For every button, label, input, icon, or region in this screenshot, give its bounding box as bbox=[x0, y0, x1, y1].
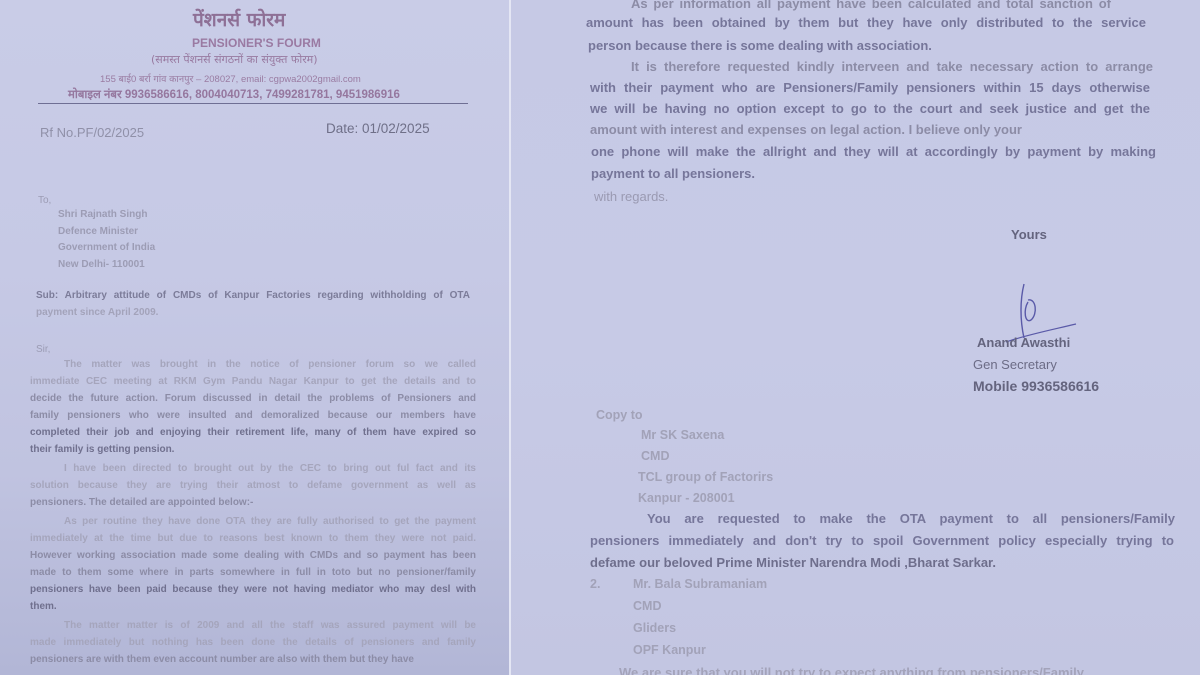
copy-recipient-1-line: Mr SK Saxena bbox=[641, 428, 724, 442]
body-line: we will be having no option except to go… bbox=[590, 101, 1150, 119]
signatory-name: Anand Awasthi bbox=[977, 335, 1070, 350]
copy-to-label: Copy to bbox=[596, 408, 643, 422]
subject-line-2: payment since April 2009. bbox=[36, 304, 470, 321]
letter-page-1: पेंशनर्स फोरम PENSIONER'S FOURM (समस्त प… bbox=[0, 0, 509, 675]
signatory-mobile: Mobile 9936586616 bbox=[973, 378, 1099, 394]
body-line: decide the future action. Forum discusse… bbox=[30, 390, 476, 407]
body-line: immediate CEC meeting at RKM Gym Pandu N… bbox=[30, 373, 476, 390]
reference-number: Rf No.PF/02/2025 bbox=[40, 125, 144, 140]
body-line: amount with interest and expenses on leg… bbox=[590, 122, 1022, 137]
copy-recipient-2-line: Mr. Bala Subramaniam bbox=[633, 577, 767, 591]
body-line: solution because they are trying their a… bbox=[30, 477, 476, 494]
closing-yours: Yours bbox=[1011, 227, 1047, 242]
subject-line: Sub: Arbitrary attitude of CMDs of Kanpu… bbox=[36, 287, 470, 321]
letterhead-mobile-numbers: मोबाइल नंबर 9936586616, 8004040713, 7499… bbox=[68, 87, 400, 102]
copy-message-line: defame our beloved Prime Minister Narend… bbox=[590, 555, 996, 570]
body-line: their family is getting pension. bbox=[30, 441, 476, 458]
letterhead-title-hindi: पेंशनर्स फोरम bbox=[193, 6, 285, 32]
recipient-address: Shri Rajnath Singh Defence Minister Gove… bbox=[58, 207, 155, 273]
copy-recipient-2-line: CMD bbox=[633, 599, 661, 613]
copy-recipient-1-line: TCL group of Factorirs bbox=[638, 470, 773, 484]
letter-date: Date: 01/02/2025 bbox=[326, 121, 430, 136]
body-line: payment to all pensioners. bbox=[591, 166, 755, 181]
to-label: To, bbox=[38, 193, 51, 210]
body-line: one phone will make the allright and the… bbox=[591, 144, 1156, 162]
body-line: The matter was brought in the notice of … bbox=[30, 356, 476, 373]
copy-recipient-2-line: OPF Kanpur bbox=[633, 643, 706, 657]
signatory-designation: Gen Secretary bbox=[973, 357, 1057, 372]
body-line: pensioners are with them even account nu… bbox=[30, 651, 476, 668]
letter-body-left: The matter was brought in the notice of … bbox=[30, 356, 476, 668]
body-line: I have been directed to brought out by t… bbox=[30, 460, 476, 477]
body-line: with regards. bbox=[594, 189, 668, 204]
body-line: made to them some where in parts somewhe… bbox=[30, 564, 476, 581]
body-line: immediately at the time but due to reaso… bbox=[30, 530, 476, 547]
letterhead-address: 155 बाई0 बर्रा गांव कानपुर – 208027, ema… bbox=[100, 72, 361, 85]
copy-recipient-1-line: CMD bbox=[641, 449, 669, 463]
body-line: The matter matter is of 2009 and all the… bbox=[30, 617, 476, 634]
recipient-city: New Delhi- 110001 bbox=[58, 257, 155, 274]
body-line: However working association made some de… bbox=[30, 547, 476, 564]
body-line: As per information all payment have been… bbox=[631, 0, 1111, 14]
copy-recipient-1-line: Kanpur - 208001 bbox=[638, 491, 735, 505]
body-line: made immediately but nothing has been do… bbox=[30, 634, 476, 651]
letter-page-2: Yours Anand Awasthi Gen Secretary Mobile… bbox=[511, 0, 1200, 675]
body-line: It is therefore requested kindly interve… bbox=[631, 59, 1153, 77]
body-line: pensioners have been paid because they w… bbox=[30, 581, 476, 598]
letterhead-subtitle: (समस्त पेंशनर्स संगठनों का संयुक्त फोरम) bbox=[151, 52, 318, 67]
recipient-designation: Defence Minister bbox=[58, 224, 155, 241]
body-line: As per routine they have done OTA they a… bbox=[30, 513, 476, 530]
body-line: amount has been obtained by them but the… bbox=[586, 15, 1146, 33]
copy-recipient-2-message: We are sure that you will not try to exp… bbox=[619, 665, 1084, 675]
body-line: them. bbox=[30, 598, 476, 615]
recipient-name: Shri Rajnath Singh bbox=[58, 207, 155, 224]
body-line: family pensioners who were insulted and … bbox=[30, 407, 476, 424]
copy-message-line: pensioners immediately and don't try to … bbox=[590, 533, 1174, 551]
body-line: person because there is some dealing wit… bbox=[588, 38, 932, 53]
letterhead-title-english: PENSIONER'S FOURM bbox=[192, 36, 321, 50]
body-line: completed their job and enjoying their r… bbox=[30, 424, 476, 441]
copy-recipient-2-number: 2. bbox=[590, 577, 600, 591]
subject-line-1: Sub: Arbitrary attitude of CMDs of Kanpu… bbox=[36, 287, 470, 304]
copy-recipient-2-line: Gliders bbox=[633, 621, 676, 635]
recipient-organisation: Government of India bbox=[58, 240, 155, 257]
letterhead-divider bbox=[38, 103, 468, 104]
body-line: pensioners. The detailed are appointed b… bbox=[30, 494, 476, 511]
copy-message-line: You are requested to make the OTA paymen… bbox=[647, 511, 1175, 529]
body-line: with their payment who are Pensioners/Fa… bbox=[590, 80, 1150, 98]
